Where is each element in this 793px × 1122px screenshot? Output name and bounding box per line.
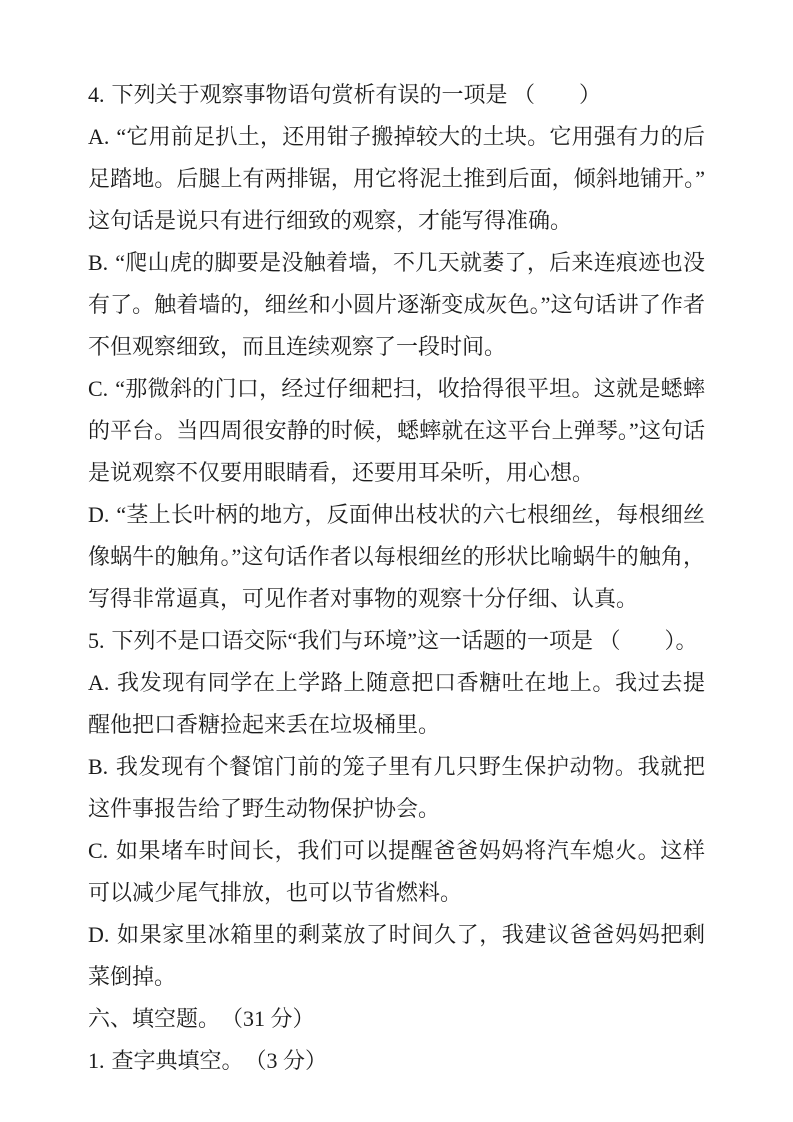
section-6-heading: 六、填空题。（31 分） <box>88 998 705 1040</box>
exam-document-page: 4.下列关于观察事物语句赏析有误的一项是 （ ） A.“它用前足扒土，还用钳子搬… <box>0 0 793 1122</box>
question-5-number: 5. <box>88 628 105 653</box>
option-d-label: D. <box>88 502 109 527</box>
option-c-text: 如果堵车时间长，我们可以提醒爸爸妈妈将汽车熄火。这样可以减少尾气排放，也可以节省… <box>88 838 705 905</box>
sub-question-1: 1.查字典填空。（3 分） <box>88 1040 705 1082</box>
question-5-option-a: A.我发现有同学在上学路上随意把口香糖吐在地上。我过去提醒他把口香糖捡起来丢在垃… <box>88 662 705 746</box>
question-4-option-d: D.“茎上长叶柄的地方，反面伸出枝状的六七根细丝，每根细丝像蜗牛的触角。”这句话… <box>88 494 705 620</box>
question-4-number: 4. <box>88 82 105 107</box>
section-points: （31 分） <box>232 1006 315 1031</box>
question-5-option-b: B.我发现有个餐馆门前的笼子里有几只野生保护动物。我就把这件事报告给了野生动物保… <box>88 746 705 830</box>
option-c-text: “那微斜的门口，经过仔细耙扫，收拾得很平坦。这就是蟋蟀的平台。当四周很安静的时候… <box>88 376 705 485</box>
question-5-option-d: D.如果家里冰箱里的剩菜放了时间久了，我建议爸爸妈妈把剩菜倒掉。 <box>88 914 705 998</box>
option-b-text: 我发现有个餐馆门前的笼子里有几只野生保护动物。我就把这件事报告给了野生动物保护协… <box>88 754 705 821</box>
sub-question-number: 1. <box>88 1048 105 1073</box>
option-b-label: B. <box>88 754 108 779</box>
option-b-label: B. <box>88 250 108 275</box>
option-a-text: 我发现有同学在上学路上随意把口香糖吐在地上。我过去提醒他把口香糖捡起来丢在垃圾桶… <box>88 670 705 737</box>
option-b-text: “爬山虎的脚要是没触着墙，不几天就萎了，后来连痕迹也没有了。触着墙的，细丝和小圆… <box>88 250 705 359</box>
option-d-text: 如果家里冰箱里的剩菜放了时间久了，我建议爸爸妈妈把剩菜倒掉。 <box>88 922 705 989</box>
option-d-text: “茎上长叶柄的地方，反面伸出枝状的六七根细丝，每根细丝像蜗牛的触角。”这句话作者… <box>88 502 705 611</box>
sub-question-text: 查字典填空。 <box>112 1048 244 1073</box>
section-number: 六、 <box>88 1006 132 1031</box>
question-4-stem-text: 下列关于观察事物语句赏析有误的一项是 （ ） <box>112 82 602 107</box>
question-5-stem-text: 下列不是口语交际“我们与环境”这一话题的一项是 （ ）。 <box>112 628 698 653</box>
option-a-label: A. <box>88 670 109 695</box>
question-4-option-c: C.“那微斜的门口，经过仔细耙扫，收拾得很平坦。这就是蟋蟀的平台。当四周很安静的… <box>88 368 705 494</box>
question-4-option-a: A.“它用前足扒土，还用钳子搬掉较大的土块。它用强有力的后足踏地。后腿上有两排锯… <box>88 116 705 242</box>
question-5-stem: 5.下列不是口语交际“我们与环境”这一话题的一项是 （ ）。 <box>88 620 705 662</box>
sub-question-points: （3 分） <box>256 1048 328 1073</box>
section-title: 填空题。 <box>132 1006 220 1031</box>
option-d-label: D. <box>88 922 109 947</box>
option-a-text: “它用前足扒土，还用钳子搬掉较大的土块。它用强有力的后足踏地。后腿上有两排锯，用… <box>88 124 705 233</box>
question-4-option-b: B.“爬山虎的脚要是没触着墙，不几天就萎了，后来连痕迹也没有了。触着墙的，细丝和… <box>88 242 705 368</box>
question-4-stem: 4.下列关于观察事物语句赏析有误的一项是 （ ） <box>88 74 705 116</box>
option-c-label: C. <box>88 376 108 401</box>
option-a-label: A. <box>88 124 109 149</box>
option-c-label: C. <box>88 838 108 863</box>
question-5-option-c: C.如果堵车时间长，我们可以提醒爸爸妈妈将汽车熄火。这样可以减少尾气排放，也可以… <box>88 830 705 914</box>
